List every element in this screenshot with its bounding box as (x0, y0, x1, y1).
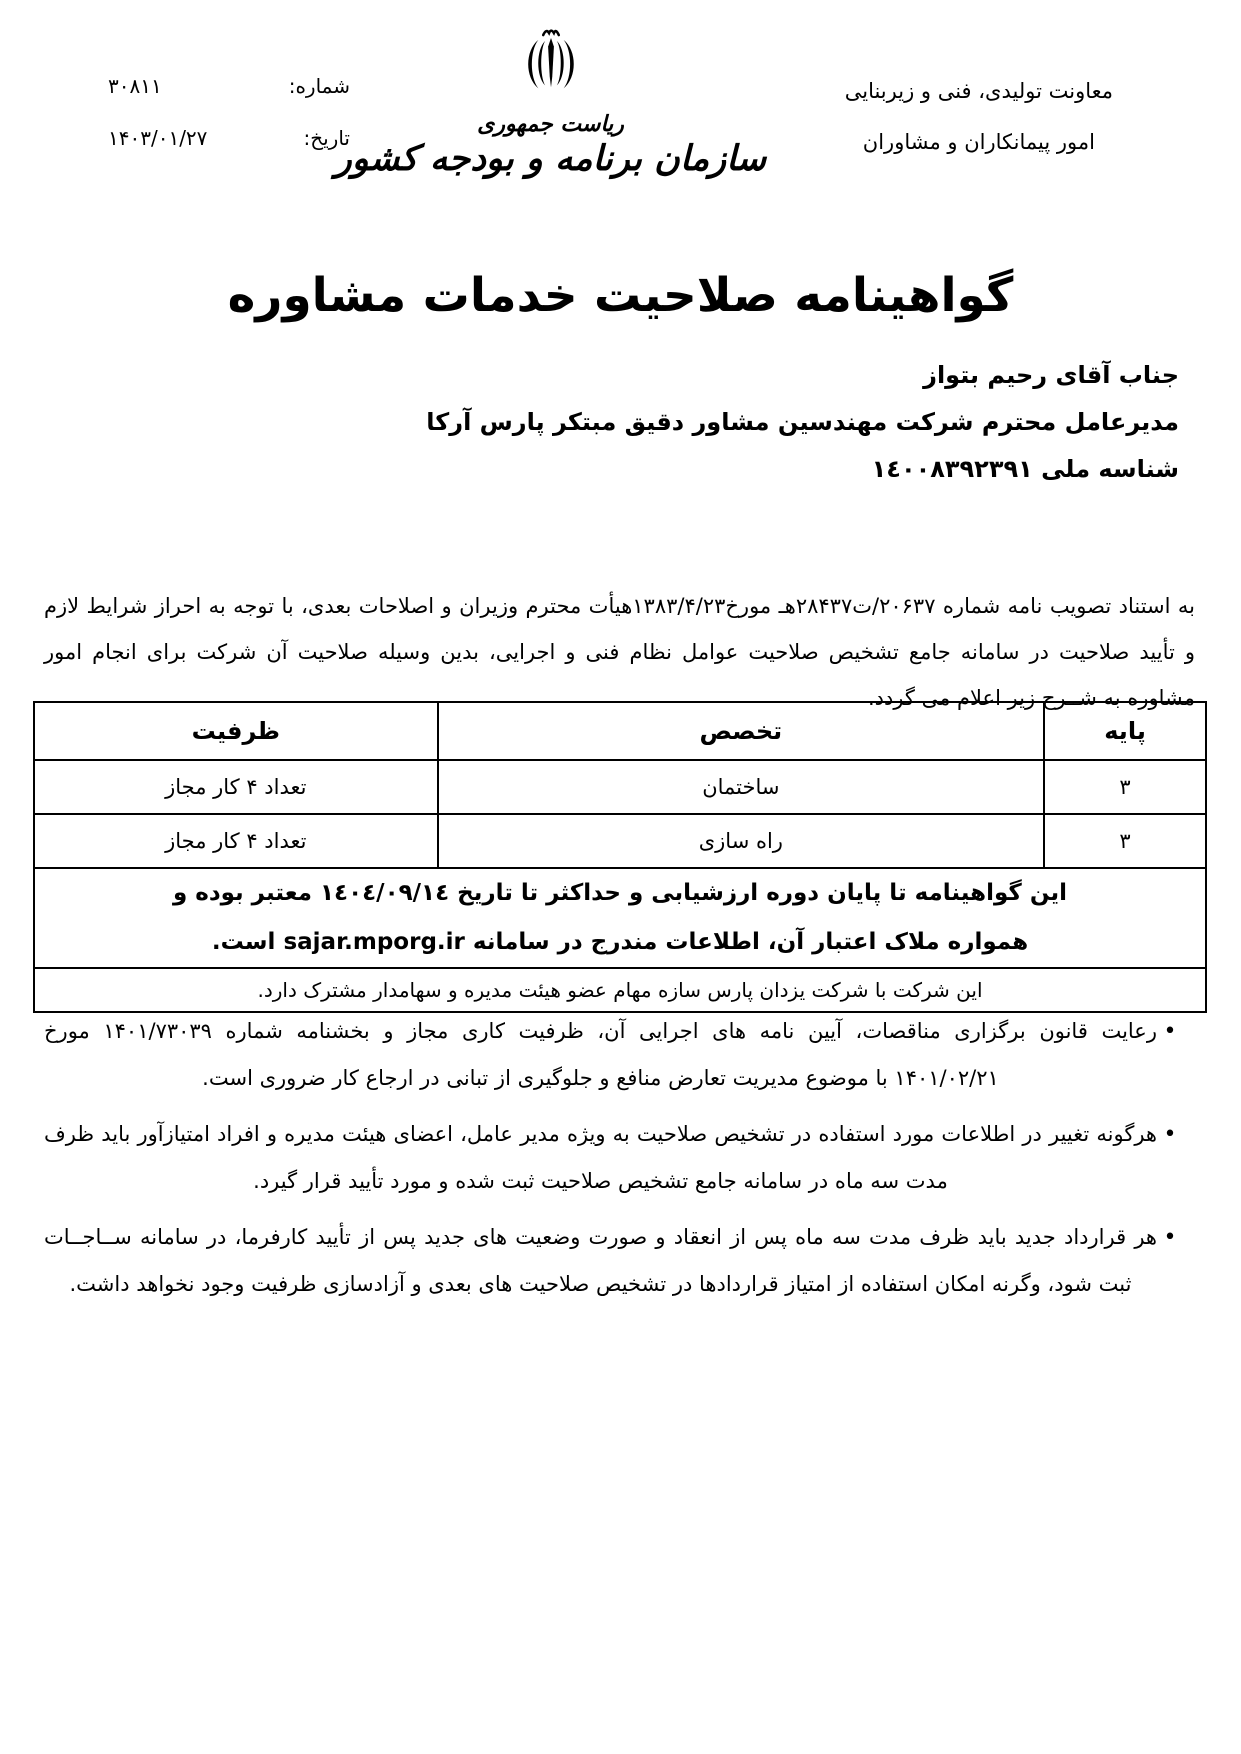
bullet-icon: • (1157, 1214, 1183, 1308)
presidency-calligraphy: ریاست جمهوری (477, 112, 624, 137)
table-row: ۳ ساختمان تعداد ۴ کار مجاز (34, 760, 1206, 814)
shared-note-row: این شرکت با شرکت یزدان پارس سازه مهام عض… (34, 968, 1206, 1012)
note-item: • هرگونه تغییر در اطلاعات مورد استفاده د… (44, 1111, 1183, 1205)
table-row: ۳ راه سازی تعداد ۴ کار مجاز (34, 814, 1206, 868)
header-base: پایه (1044, 702, 1206, 760)
row2-capacity: تعداد ۴ کار مجاز (34, 814, 438, 868)
row2-specialty: راه سازی (438, 814, 1045, 868)
table-header-row: پایه تخصص ظرفیت (34, 702, 1206, 760)
note-text: هر قرارداد جدید باید ظرف مدت سه ماه پس ا… (44, 1214, 1157, 1308)
note-text: هرگونه تغییر در اطلاعات مورد استفاده در … (44, 1111, 1157, 1205)
validity-line2: همواره ملاک اعتبار آن، اطلاعات مندرج در … (41, 918, 1199, 967)
header-capacity: ظرفیت (34, 702, 438, 760)
header-specialty: تخصص (438, 702, 1045, 760)
validity-notice: این گواهینامه تا پایان دوره ارزشیابی و ح… (34, 868, 1206, 968)
shared-shareholder-note: این شرکت با شرکت یزدان پارس سازه مهام عض… (34, 968, 1206, 1012)
note-item: • هر قرارداد جدید باید ظرف مدت سه ماه پس… (44, 1214, 1183, 1308)
note-item: • رعایت قانون برگزاری مناقصات، آیین نامه… (44, 1008, 1183, 1102)
validity-row: این گواهینامه تا پایان دوره ارزشیابی و ح… (34, 868, 1206, 968)
note-text: رعایت قانون برگزاری مناقصات، آیین نامه ه… (44, 1008, 1157, 1102)
addressee-block: جناب آقای رحیم بتواز مدیرعامل محترم شرکت… (426, 352, 1179, 493)
addressee-role: مدیرعامل محترم شرکت مهندسین مشاور دقیق م… (426, 399, 1179, 446)
validity-line1: این گواهینامه تا پایان دوره ارزشیابی و ح… (41, 869, 1199, 918)
department-block: معاونت تولیدی، فنی و زیربنایی امور پیمان… (845, 66, 1113, 168)
row1-specialty: ساختمان (438, 760, 1045, 814)
certificate-page: شماره: ۳۰۸۱۱ تاریخ: ۱۴۰۳/۰۱/۲۷ ریاست جمه… (0, 0, 1241, 1754)
iran-emblem-icon (520, 26, 582, 108)
row2-base: ۳ (1044, 814, 1206, 868)
notes-list: • رعایت قانون برگزاری مناقصات، آیین نامه… (44, 1008, 1183, 1317)
department-line2: امور پیمانکاران و مشاوران (845, 117, 1113, 168)
row1-capacity: تعداد ۴ کار مجاز (34, 760, 438, 814)
department-line1: معاونت تولیدی، فنی و زیربنایی (845, 66, 1113, 117)
row1-base: ۳ (1044, 760, 1206, 814)
bullet-icon: • (1157, 1008, 1183, 1102)
page-title: گواهینامه صلاحیت خدمات مشاوره (0, 268, 1241, 323)
organization-calligraphy: سازمان برنامه و بودجه کشور (335, 139, 766, 179)
bullet-icon: • (1157, 1111, 1183, 1205)
addressee-name: جناب آقای رحیم بتواز (426, 352, 1179, 399)
addressee-national-id: شناسه ملی ١٤٠٠٨٣٩٢٣٩١ (426, 446, 1179, 493)
qualification-table: پایه تخصص ظرفیت ۳ ساختمان تعداد ۴ کار مج… (33, 701, 1207, 1013)
